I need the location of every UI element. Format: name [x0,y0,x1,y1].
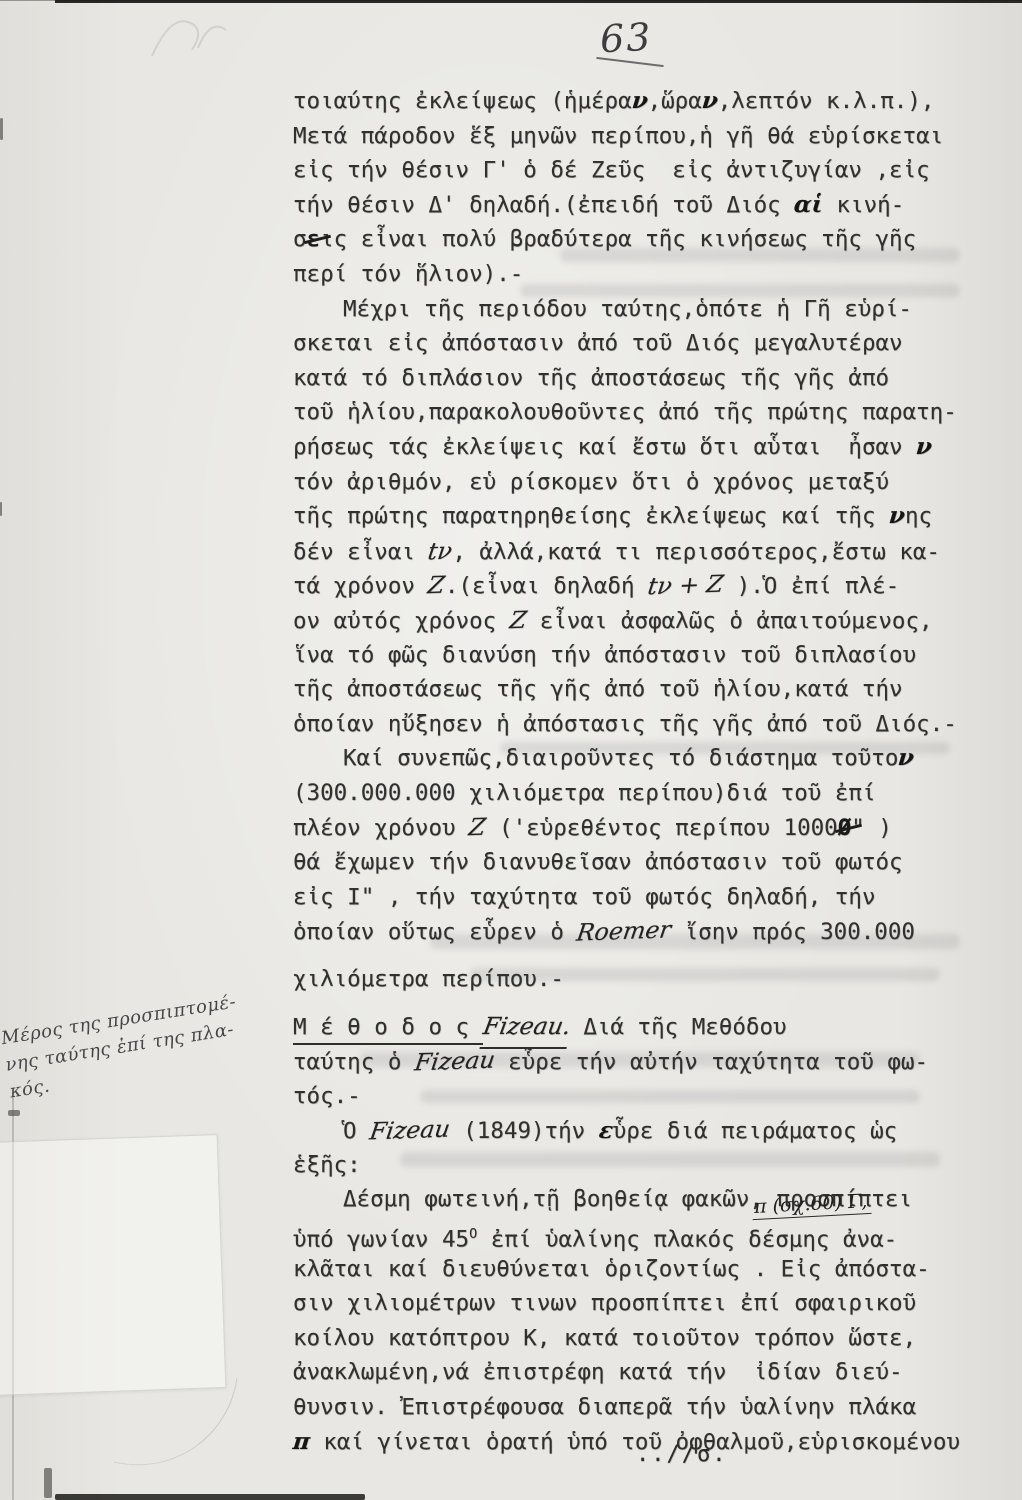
scan-edge-tick [44,1468,52,1498]
text-line: Μετά πάροδον ἕξ μηνῶν περίπου,ἡ γῆ θά εὑ… [293,119,993,154]
typed-segment: θυνσιν. Ἐπιστρέφουσα διαπερᾶ τήν ὑαλίνην… [293,1394,916,1420]
text-line: (300.000.000 χιλιόμετρα περίπου)διά τοῦ … [293,776,993,811]
typed-segment: κοίλου κατόπτρου Κ, κατά τοιοῦτον τρόπον… [293,1325,916,1351]
typed-text-block: τοιαύτης ἐκλείψεως (ἡμέραν,ὥραν,λεπτόν κ… [293,84,993,1459]
typed-segment: , ἀλλά,κατά τι περισσότερος,ἔστω κα- [452,539,940,565]
text-line: Μ έ θ ο δ ο ς Fizeau. Διά τῆς Μεθόδου [293,1009,993,1044]
typed-segment: τός.- [293,1083,361,1109]
typed-segment: ὑπό γωνίαν 45 [293,1227,469,1253]
text-line: τοῦ ἡλίου,παρακολουθοῦντες ἀπό τῆς πρώτη… [293,395,993,430]
typed-segment: εὗρε τήν αὐτήν ταχύτητα τοῦ φω- [495,1049,928,1075]
typed-segment: τήν θέσιν Δ' δηλαδή.(ἐπειδή τοῦ Διός [293,192,794,218]
handwritten-segment: ν [887,499,907,534]
text-line: Ὁ Fizeau (1849)τήν εὗρε διά πειράματος ὡ… [293,1113,993,1148]
typed-segment: κατά τό διπλάσιον τῆς ἀποστάσεως τῆς γῆς… [293,365,889,391]
typed-segment: κλᾶται καί διευθύνεται ὁριζοντίως . Εἰς … [293,1256,930,1282]
typed-segment: τοιαύτης ἐκλείψεως (ἡμέρα [293,88,632,114]
text-line: ἵνα τό φῶς διανύση τήν ἀπόστασιν τοῦ διπ… [293,638,993,673]
typed-segment: ἑξῆς: [293,1152,361,1178]
typed-segment: .(εἶναι δηλαδή [445,573,648,599]
pencil-arc-mark [114,1363,238,1478]
typed-segment: σκεται εἰς ἀπόστασιν ἀπό τοῦ Διός μεγαλυ… [293,330,903,356]
typed-segment: ὗρε διά πειράματος ὡς [613,1118,897,1144]
handwritten-segment: Roemer [575,913,674,951]
text-line: περί τόν ἥλιον).- [293,257,993,292]
text-line: ἑξῆς: [293,1148,993,1183]
typed-segment: ὁποίαν οὕτως εὗρεν ὁ [293,919,577,945]
typed-segment: σ [293,226,307,252]
faint-pencil-scribble [140,8,240,68]
handwritten-segment: ν [630,84,650,119]
margin-note: Μέρος της προσπιπτομέ- νης ταύτης ἐπί τη… [0,984,277,1106]
typed-segment: τά χρόνον [293,573,428,599]
scanned-document-page: { "page": { "number": "63", "footer_mark… [0,0,1022,1500]
text-line: τοιαύτης ἐκλείψεως (ἡμέραν,ὥραν,λεπτόν κ… [293,84,993,119]
footer-continuation-mark: ..//σ. [636,1442,727,1467]
handwritten-segment: ν [700,84,720,119]
handwritten-segment: π [291,1425,311,1460]
text-line: θά ἔχωμεν τήν διανυθεῖσαν ἀπόστασιν τοῦ … [293,845,993,880]
typed-segment: Ὁ [343,1118,370,1144]
typed-segment: εἰς Ι" , τήν ταχύτητα τοῦ φωτός δηλαδή, … [293,884,875,910]
typed-segment: Διά τῆς Μεθόδου [570,1014,787,1040]
typed-segment: ε [307,222,321,257]
typed-segment: καί γίνεται ὁρατή ὑπό τοῦ ὀφθαλμοῦ,εὑρισ… [310,1429,960,1455]
handwritten-segment: tν [426,533,455,568]
text-line: ὁποίαν οὕτως εὗρεν ὁ Roemer ἴσην πρός 30… [293,914,993,949]
typed-segment: ρήσεως τάς ἐκλείψεις καί ἔστω ὅτι αὗται … [293,434,916,460]
typed-segment: Καί συνεπῶς,διαιροῦντες τό διάστημα τοῦτ… [343,745,898,771]
handwritten-segment: ν [914,430,934,465]
text-line: σεις εἶναι πολύ βραδύτερα τῆς κινήσεως τ… [293,222,993,257]
handwritten-segment: αἱ [792,188,824,223]
typed-segment: θά ἔχωμεν τήν διανυθεῖσαν ἀπόστασιν τοῦ … [293,849,903,875]
typed-segment: εἰς τήν θέσιν Γ' ὁ δέ Ζεῦς εἰς ἀντιζυγία… [293,157,930,183]
text-line: τήν θέσιν Δ' δηλαδή.(ἐπειδή τοῦ Διός αἱ … [293,188,993,223]
text-line: κλᾶται καί διευθύνεται ὁριζοντίως . Εἰς … [293,1252,993,1287]
typed-segment: (300.000.000 χιλιόμετρα περίπου)διά τοῦ … [293,780,875,806]
typed-segment: ἴσην πρός 300.000 [671,919,915,945]
text-line: κοίλου κατόπτρου Κ, κατά τοιοῦτον τρόπον… [293,1321,993,1356]
scan-edge-bottom [55,1494,365,1500]
scan-edge-tick [8,1110,20,1116]
text-line: τῆς ἀποστάσεως τῆς γῆς ἀπό τοῦ ἡλίου,κατ… [293,672,993,707]
typed-segment: κινή- [823,192,904,218]
typed-segment: ις εἶναι πολύ βραδύτερα τῆς κινήσεως τῆς… [320,226,916,252]
text-line: τός.- [293,1079,993,1114]
text-line: εἰς Ι" , τήν ταχύτητα τοῦ φωτός δηλαδή, … [293,880,993,915]
text-line: ταύτης ὁ Fizeau εὗρε τήν αὐτήν ταχύτητα … [293,1044,993,1079]
text-line: ον αὐτός χρόνος Z εἶναι ἀσφαλῶς ὁ ἀπαιτο… [293,603,993,638]
text-line: ὁποίαν ηὔξησεν ἡ ἀπόστασις τῆς γῆς ἀπό τ… [293,707,993,742]
page-number: 63 [599,15,654,62]
text-line: ρήσεως τάς ἐκλείψεις καί ἔστω ὅτι αὗται … [293,430,993,465]
text-line: σιν χιλιομέτρων τινων προσπίπτει ἐπί σφα… [293,1286,993,1321]
typed-segment: Μέχρι τῆς περιόδου ταύτης,ὁπότε ἡ Γῆ εὑρ… [343,296,912,322]
typed-segment: ἐπί ὑαλίνης πλακός δέσμης ἀνα- [477,1227,897,1253]
typed-segment: περί τόν ἥλιον).- [293,261,523,287]
text-line: ὑπό γωνίαν 45O ἐπί ὑαλίνης πλακός δέσμης… [293,1217,993,1252]
handwritten-segment: Fizeau [412,1043,497,1080]
typed-segment: πλέον χρόνου [293,815,469,841]
text-line: δέν εἶναι tν, ἀλλά,κατά τι περισσότερος,… [293,534,993,569]
handwritten-segment: ν [897,741,917,776]
text-line: χιλιόμετρα περίπου.- [293,962,993,997]
typed-segment: Μ έ θ ο δ ο ς [293,1014,483,1045]
text-line: Δέσμη φωτεινή,τῇ βοηθείᾳ φακῶν, προσπίπτ… [293,1182,993,1217]
typed-segment: τοῦ ἡλίου,παρακολουθοῦντες ἀπό τῆς πρώτη… [293,399,957,425]
text-line: πλέον χρόνου Z ('εὑρεθέντος περίπου 1000… [293,810,993,845]
scan-edge-tick [0,118,3,140]
typed-segment: τῆς ἀποστάσεως τῆς γῆς ἀπό τοῦ ἡλίου,κατ… [293,676,903,702]
typed-segment: χιλιόμετρα περίπου.- [293,966,564,992]
text-line: ἀνακλωμένη,νά ἐπιστρέφη κατά τήν ἰδίαν δ… [293,1355,993,1390]
typed-segment: Ø [838,811,852,846]
typed-segment: ('εὑρεθέντος περίπου 1000 [486,815,838,841]
typed-segment: ).Ὁ ἐπί πλέ- [723,573,899,599]
handwritten-segment: tν + Z [645,567,725,604]
typed-segment: ἵνα τό φῶς διανύση τήν ἀπόστασιν τοῦ διπ… [293,642,916,668]
typed-segment: ον αὐτός χρόνος [293,608,510,634]
text-line: σκεται εἰς ἀπόστασιν ἀπό τοῦ Διός μεγαλυ… [293,326,993,361]
typed-segment: τῆς πρώτης παρατηρηθείσης ἐκλείψεως καί … [293,503,889,529]
typed-segment: σιν χιλιομέτρων τινων προσπίπτει ἐπί σφα… [293,1290,916,1316]
text-line: Μέχρι τῆς περιόδου ταύτης,ὁπότε ἡ Γῆ εὑρ… [293,292,993,327]
typed-segment: Μετά πάροδον ἕξ μηνῶν περίπου,ἡ γῆ θά εὑ… [293,123,943,149]
text-line: Καί συνεπῶς,διαιροῦντες τό διάστημα τοῦτ… [293,741,993,776]
typed-segment: ,λεπτόν κ.λ.π.), [718,88,935,114]
typed-segment: δέν εἶναι [293,539,428,565]
text-line: τόν ἀριθμόν, εὑ ρίσκομεν ὅτι ὁ χρόνος με… [293,465,993,500]
scan-edge-top [55,0,1022,3]
typed-segment: ,ὥρα [648,88,702,114]
typed-segment: ἀνακλωμένη,νά ἐπιστρέφη κατά τήν ἰδίαν δ… [293,1359,903,1385]
handwritten-segment: Fizeau [367,1112,452,1149]
typed-segment: ταύτης ὁ [293,1049,415,1075]
typed-segment: " ) [851,815,892,841]
text-line: τά χρόνον Z.(εἶναι δηλαδή tν + Z ).Ὁ ἐπί… [293,568,993,603]
text-line: κατά τό διπλάσιον τῆς ἀποστάσεως τῆς γῆς… [293,361,993,396]
typed-segment: ὁποίαν ηὔξησεν ἡ ἀπόστασις τῆς γῆς ἀπό τ… [293,711,957,737]
text-line: θυνσιν. Ἐπιστρέφουσα διαπερᾶ τήν ὑαλίνην… [293,1390,993,1425]
typed-segment: ης [905,503,932,529]
scan-edge-tick [0,502,2,516]
text-line: τῆς πρώτης παρατηρηθείσης ἐκλείψεως καί … [293,499,993,534]
typed-segment: (1849)τήν [450,1118,599,1144]
typed-segment: τόν ἀριθμόν, εὑ ρίσκομεν ὅτι ὁ χρόνος με… [293,469,889,495]
tape-patch [0,1134,226,1396]
text-line: εἰς τήν θέσιν Γ' ὁ δέ Ζεῦς εἰς ἀντιζυγία… [293,153,993,188]
typed-segment: εἶναι ἀσφαλῶς ὁ ἀπαιτούμενος, [526,608,932,634]
